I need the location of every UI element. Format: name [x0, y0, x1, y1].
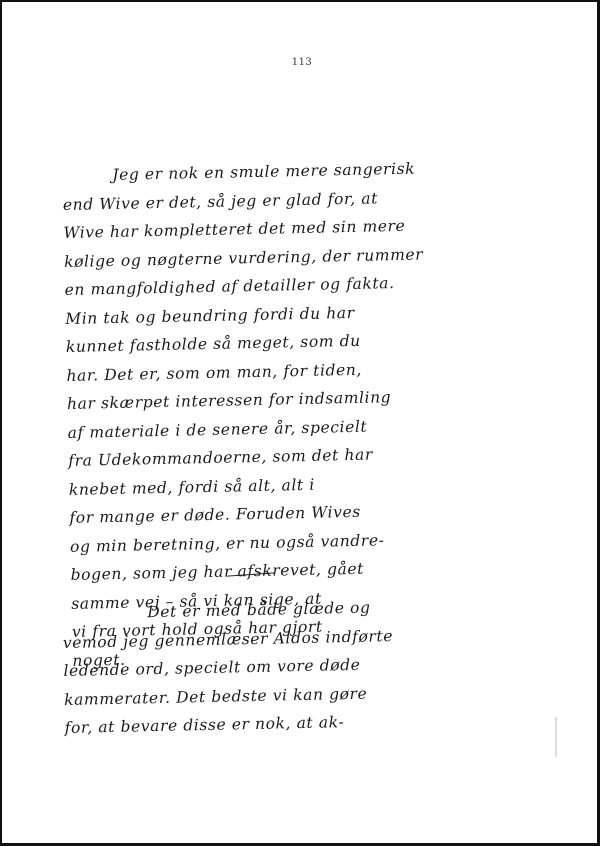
- scanned-page: 113 Jeg er nok en smule mere sangerisk e…: [0, 0, 600, 846]
- scan-edge-mark: [555, 717, 557, 757]
- page-number: 113: [2, 57, 600, 68]
- handwritten-paragraph-2: Det er med både glæde og vemod jeg genne…: [62, 590, 565, 743]
